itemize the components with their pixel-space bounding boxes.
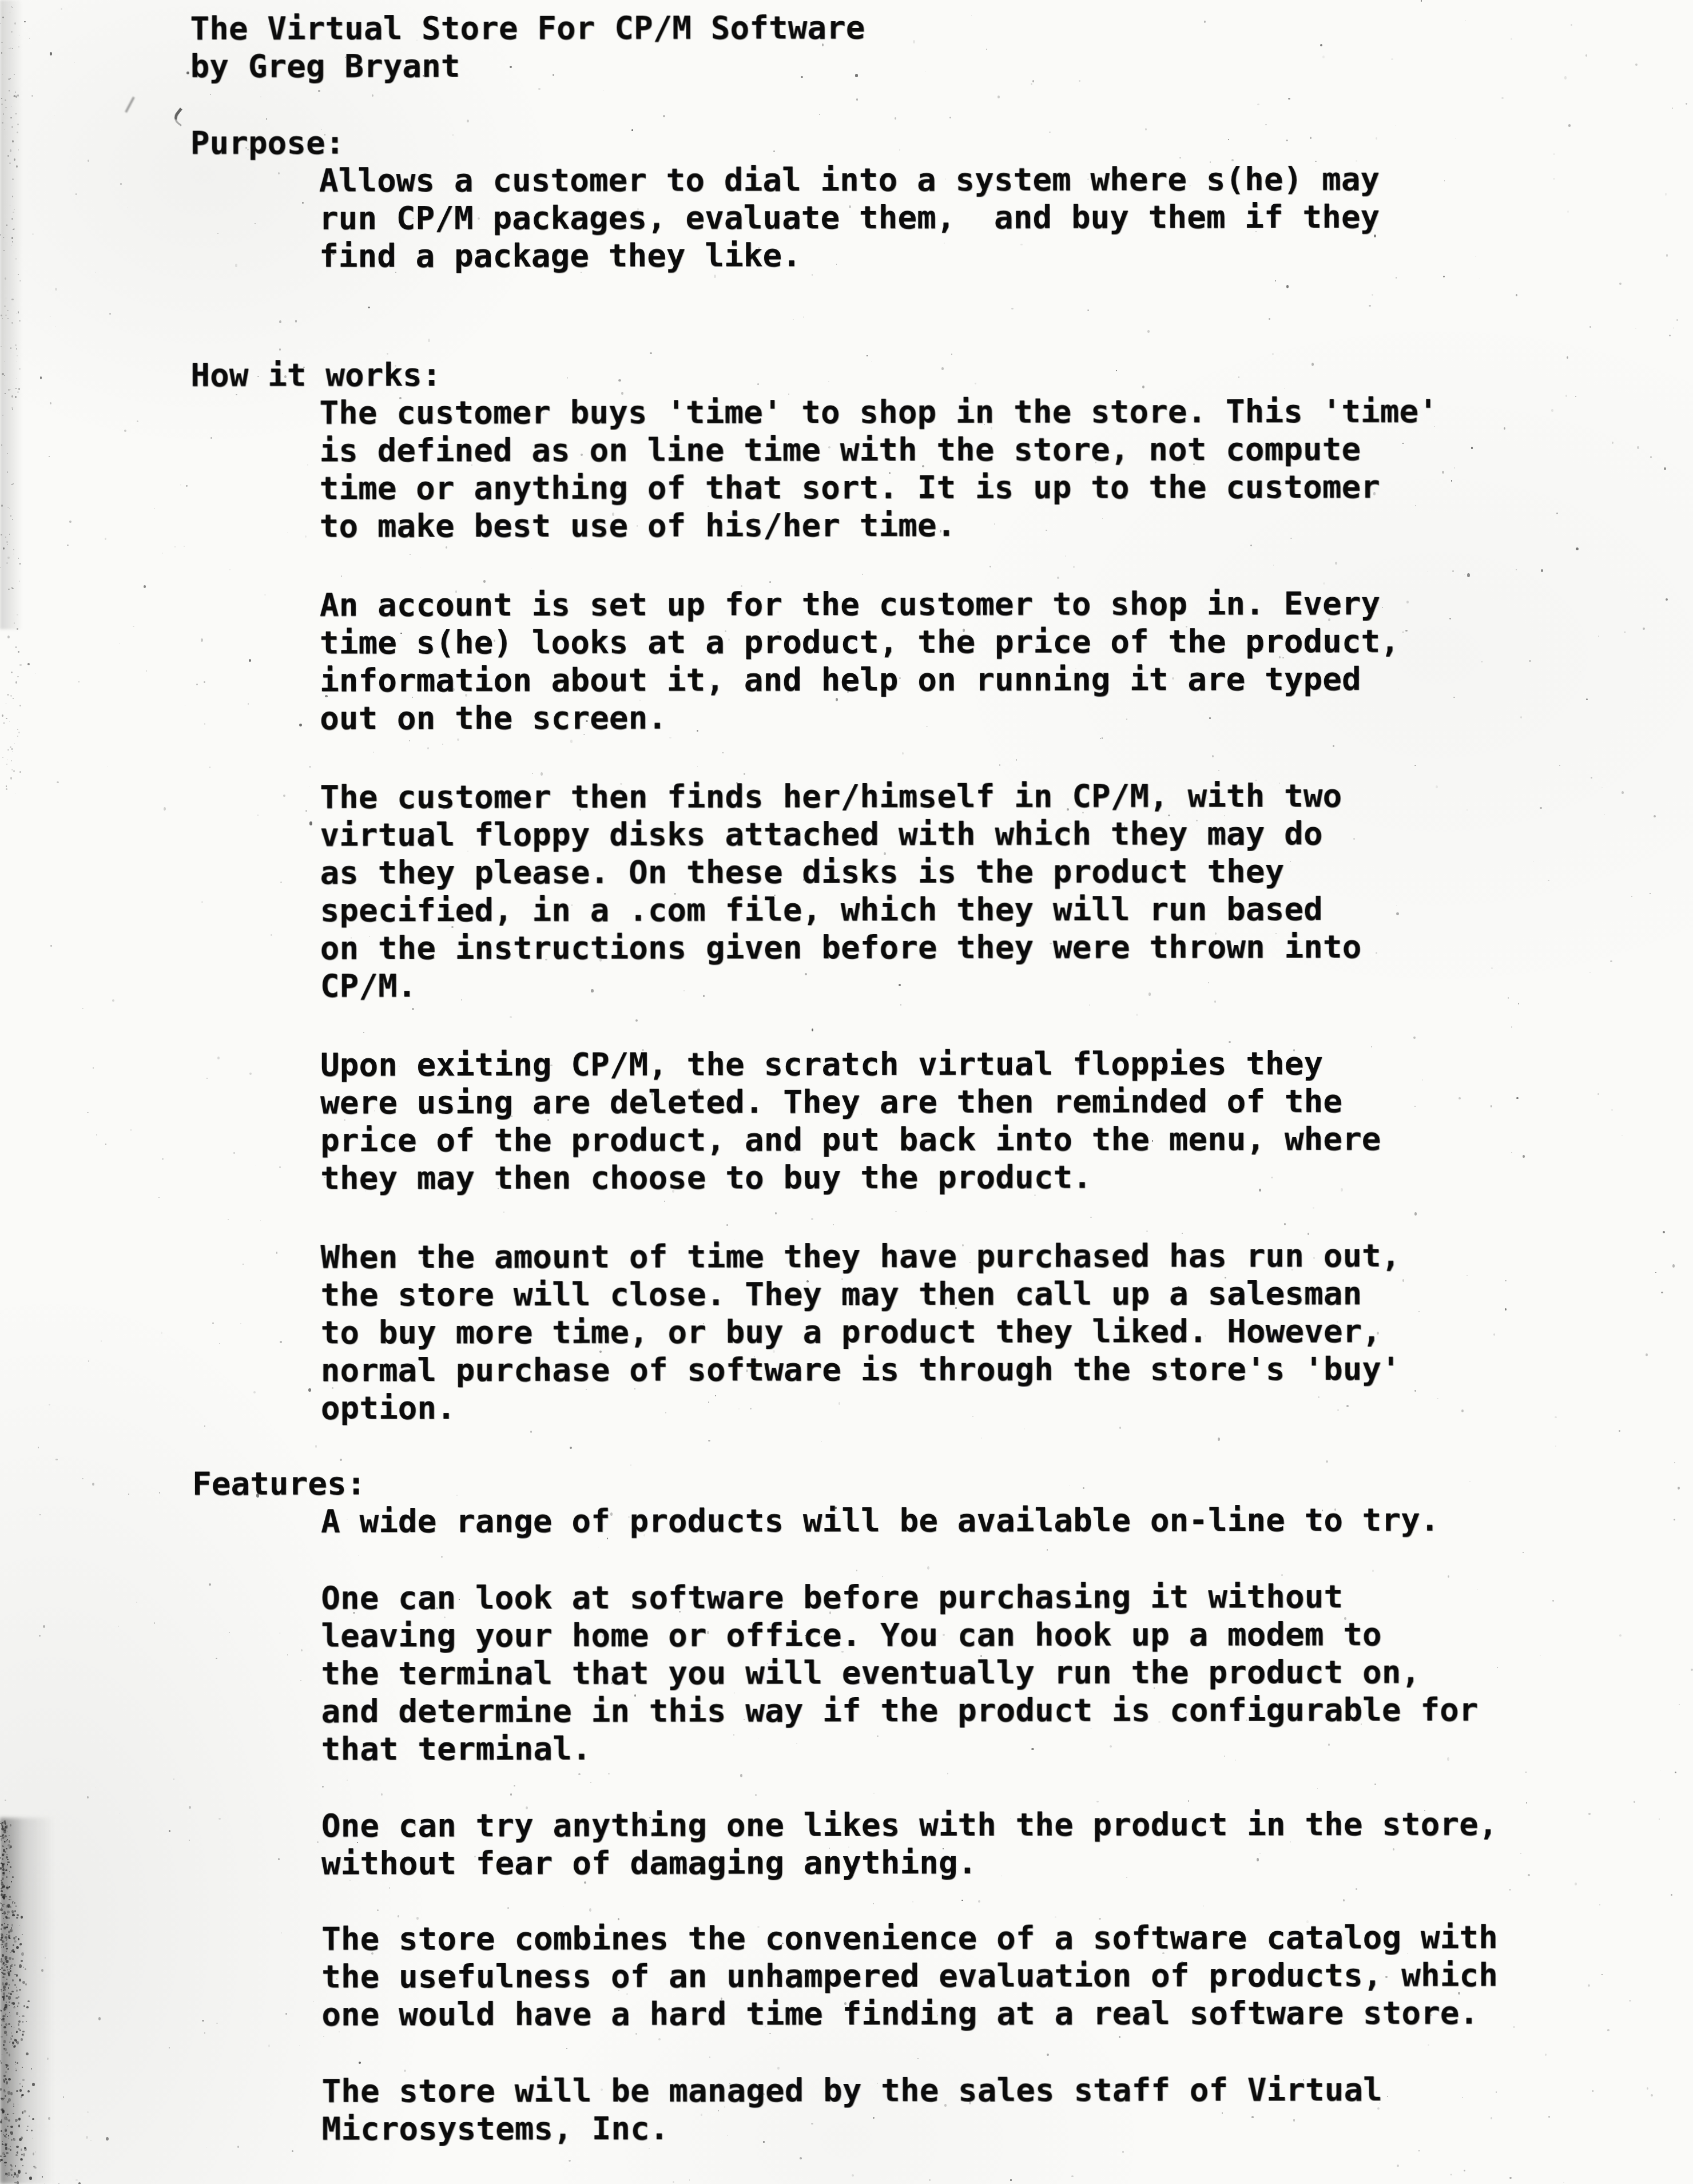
paragraph-feature-5: The store will be managed by the sales s… xyxy=(321,2071,1693,2148)
paragraph-purpose: Allows a customer to dial into a system … xyxy=(319,160,1692,275)
section-heading-features: Features: xyxy=(192,1463,1693,1503)
paragraph-feature-2: One can look at software before purchasi… xyxy=(321,1578,1693,1768)
paragraph-how-1: The customer buys 'time' to shop in the … xyxy=(319,392,1692,545)
document-content: The Virtual Store For CP/M Software by G… xyxy=(0,0,1693,2149)
document-title: The Virtual Store For CP/M Software xyxy=(190,8,1691,48)
paragraph-how-4: Upon exiting CP/M, the scratch virtual f… xyxy=(320,1045,1693,1197)
paragraph-how-5: When the amount of time they have purcha… xyxy=(320,1237,1693,1427)
paragraph-how-3: The customer then finds her/himself in C… xyxy=(320,777,1693,1005)
paragraph-how-2: An account is set up for the customer to… xyxy=(320,585,1692,737)
paragraph-feature-3: One can try anything one likes with the … xyxy=(321,1805,1693,1883)
paragraph-feature-4: The store combines the convenience of a … xyxy=(321,1919,1693,2034)
section-heading-purpose: Purpose: xyxy=(190,122,1692,162)
section-heading-how-it-works: How it works: xyxy=(190,355,1692,395)
document-byline: by Greg Bryant xyxy=(190,46,1691,86)
scanned-document-page: The Virtual Store For CP/M Software by G… xyxy=(0,0,1693,2184)
paragraph-feature-1: A wide range of products will be availab… xyxy=(321,1501,1693,1540)
